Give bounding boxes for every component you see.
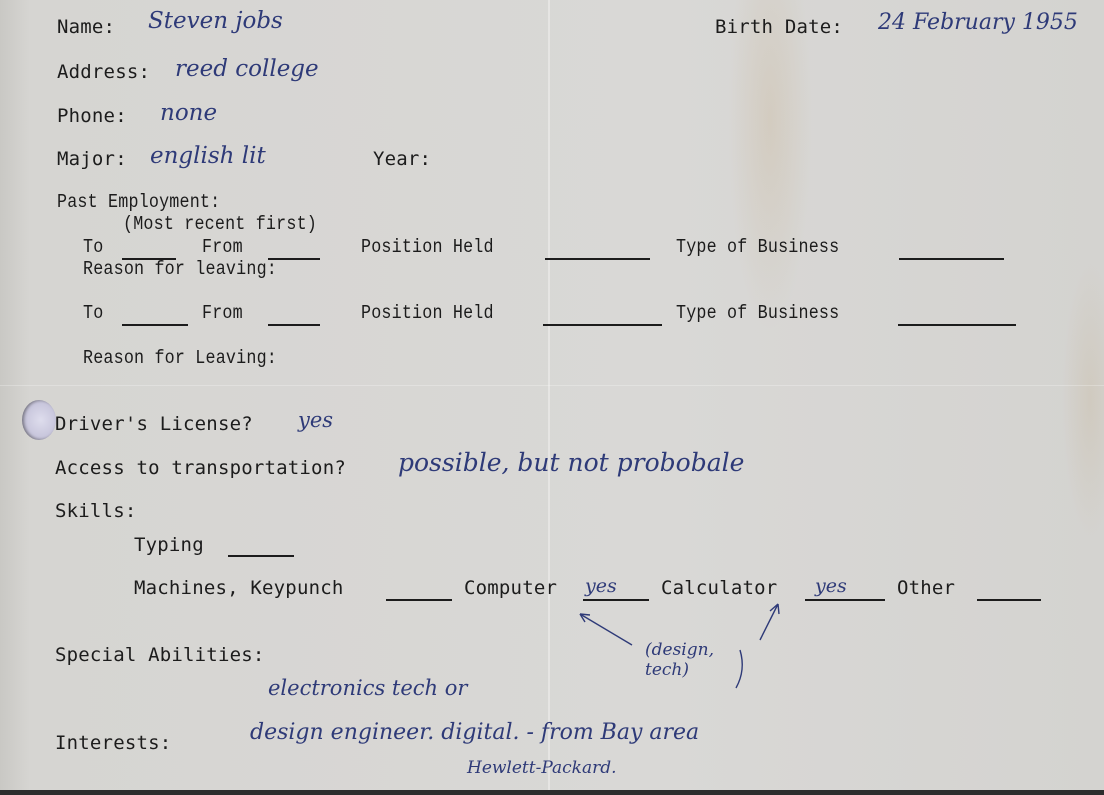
name-label: Name: [57,16,115,38]
transportation-label: Access to transportation? [55,457,346,479]
name-value[interactable]: Steven jobs [148,8,283,34]
transportation-value[interactable]: possible, but not probobale [398,448,744,477]
interests-value[interactable]: design engineer. digital. - from Bay are… [250,720,699,745]
address-value[interactable]: reed college [175,56,319,82]
employment-2-to-field[interactable] [122,324,188,326]
employment-1-position-field[interactable] [545,258,650,260]
calculator-label: Calculator [661,577,777,599]
year-label: Year: [373,148,431,170]
employment-2-reason-label: Reason for Leaving: [83,347,277,369]
drivers-license-label: Driver's License? [55,413,253,435]
birth-date-value[interactable]: 24 February 1955 [878,10,1078,35]
other-label: Other [897,577,955,599]
employment-2-business-label: Type of Business [676,302,839,324]
employment-1-to-label: To [83,236,103,258]
employment-2-business-field[interactable] [898,324,1016,326]
phone-label: Phone: [57,105,127,127]
employment-1-position-label: Position Held [361,236,494,258]
computer-value[interactable]: yes [585,575,617,597]
employment-1-from-label: From [202,236,243,258]
skills-annotation: (design, tech) [645,640,740,680]
employment-2-from-field[interactable] [268,324,320,326]
bottom-edge [0,790,1104,795]
computer-label: Computer [464,577,557,599]
employment-1-reason-label: Reason for leaving: [83,258,277,280]
employment-1-business-field[interactable] [899,258,1004,260]
machines-keypunch-label: Machines, Keypunch [134,577,344,599]
employment-2-position-field[interactable] [543,324,662,326]
special-abilities-label: Special Abilities: [55,644,265,666]
interests-value-line2[interactable]: Hewlett-Packard. [467,758,617,778]
fold-crease-vertical [548,0,550,790]
employment-2-position-label: Position Held [361,302,494,324]
major-label: Major: [57,148,127,170]
calculator-field[interactable] [805,599,885,601]
major-value[interactable]: english lit [150,143,266,169]
typing-label: Typing [134,534,204,556]
birth-date-label: Birth Date: [715,16,843,38]
fold-crease-horizontal [0,385,1104,386]
skills-label: Skills: [55,500,136,522]
past-employment-sublabel: (Most recent first) [123,213,317,235]
keypunch-field[interactable] [386,599,452,601]
employment-2-from-label: From [202,302,243,324]
phone-value[interactable]: none [160,100,217,126]
special-abilities-value[interactable]: electronics tech or [268,676,467,700]
typing-field[interactable] [228,555,294,557]
interests-label: Interests: [55,732,171,754]
employment-1-business-label: Type of Business [676,236,839,258]
employment-2-to-label: To [83,302,103,324]
past-employment-label: Past Employment: [57,191,220,213]
address-label: Address: [57,61,150,83]
drivers-license-value[interactable]: yes [298,408,333,432]
calculator-value[interactable]: yes [815,575,847,597]
hole-punch [22,400,56,440]
other-field[interactable] [977,599,1041,601]
application-form-paper: Name: Steven jobs Birth Date: 24 Februar… [0,0,1104,790]
